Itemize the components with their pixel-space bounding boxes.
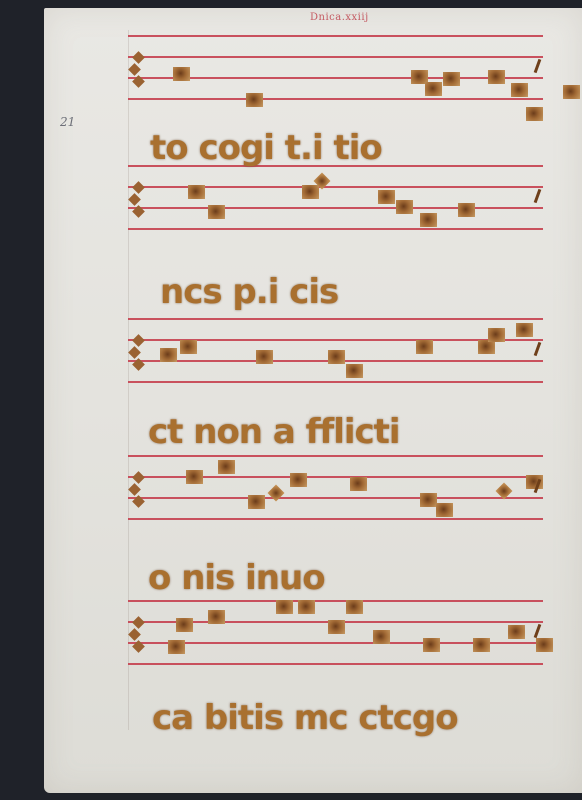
lyric-line-4: o nis inuo bbox=[148, 558, 325, 598]
neume-note bbox=[425, 82, 442, 96]
lyric-line-3: ct non a fflicti bbox=[148, 412, 400, 452]
music-staff bbox=[128, 600, 543, 695]
staff-line bbox=[128, 228, 543, 230]
staff-line bbox=[128, 77, 543, 79]
neume-note bbox=[416, 340, 433, 354]
music-staff bbox=[128, 318, 543, 413]
custos-icon bbox=[534, 624, 542, 638]
neume-note bbox=[526, 107, 543, 121]
neume-note bbox=[256, 350, 273, 364]
neume-note bbox=[536, 638, 553, 652]
neume-note bbox=[473, 638, 490, 652]
neume-note bbox=[176, 618, 193, 632]
staff-line bbox=[128, 497, 543, 499]
neume-note bbox=[298, 600, 315, 614]
neume-note bbox=[168, 640, 185, 654]
neume-note bbox=[420, 493, 437, 507]
neume-note bbox=[488, 70, 505, 84]
neume-note bbox=[208, 610, 225, 624]
neume-note bbox=[378, 190, 395, 204]
custos-icon bbox=[534, 189, 542, 203]
neume-note bbox=[516, 323, 533, 337]
neume-note bbox=[373, 630, 390, 644]
neume-note bbox=[180, 340, 197, 354]
neume-note bbox=[173, 67, 190, 81]
music-staff bbox=[128, 35, 543, 130]
neume-note bbox=[248, 495, 265, 509]
clef-icon bbox=[128, 63, 141, 76]
staff-line bbox=[128, 455, 543, 457]
neume-note bbox=[488, 328, 505, 342]
custos-icon bbox=[534, 342, 542, 356]
staff-line bbox=[128, 35, 543, 37]
neume-note bbox=[302, 185, 319, 199]
neume-note bbox=[276, 600, 293, 614]
neume-note bbox=[160, 348, 177, 362]
neume-note bbox=[208, 205, 225, 219]
neume-note bbox=[436, 503, 453, 517]
music-staff bbox=[128, 455, 543, 550]
clef-icon bbox=[128, 483, 141, 496]
neume-note bbox=[563, 85, 580, 99]
folio-heading: Dnica.xxiij bbox=[310, 12, 369, 23]
staff-line bbox=[128, 600, 543, 602]
neume-note bbox=[508, 625, 525, 639]
neume-note bbox=[328, 620, 345, 634]
neume-note bbox=[478, 340, 495, 354]
staff-line bbox=[128, 207, 543, 209]
staff-line bbox=[128, 98, 543, 100]
neume-note bbox=[511, 83, 528, 97]
margin-number: 21 bbox=[60, 115, 75, 129]
neume-note bbox=[458, 203, 475, 217]
clef-icon bbox=[128, 193, 141, 206]
neume-note bbox=[246, 93, 263, 107]
neume-note bbox=[290, 473, 307, 487]
staff-line bbox=[128, 381, 543, 383]
custos-icon bbox=[534, 59, 542, 73]
neume-note bbox=[346, 600, 363, 614]
neume-note bbox=[328, 350, 345, 364]
staff-line bbox=[128, 318, 543, 320]
staff-line bbox=[128, 56, 543, 58]
music-staff bbox=[128, 165, 543, 260]
clef-icon bbox=[128, 346, 141, 359]
neume-note bbox=[346, 364, 363, 378]
staff-line bbox=[128, 663, 543, 665]
neume-note bbox=[218, 460, 235, 474]
neume-note bbox=[188, 185, 205, 199]
clef-icon bbox=[128, 628, 141, 641]
lyric-line-1: to cogi t.i tio bbox=[150, 128, 382, 168]
neume-note bbox=[423, 638, 440, 652]
lyric-line-5: ca bitis mc ctcgo bbox=[152, 698, 458, 738]
neume-note bbox=[396, 200, 413, 214]
neume-note bbox=[186, 470, 203, 484]
neume-note bbox=[443, 72, 460, 86]
neume-note bbox=[350, 477, 367, 491]
staff-line bbox=[128, 518, 543, 520]
lyric-line-2: ncs p.i cis bbox=[160, 272, 338, 312]
neume-note bbox=[420, 213, 437, 227]
